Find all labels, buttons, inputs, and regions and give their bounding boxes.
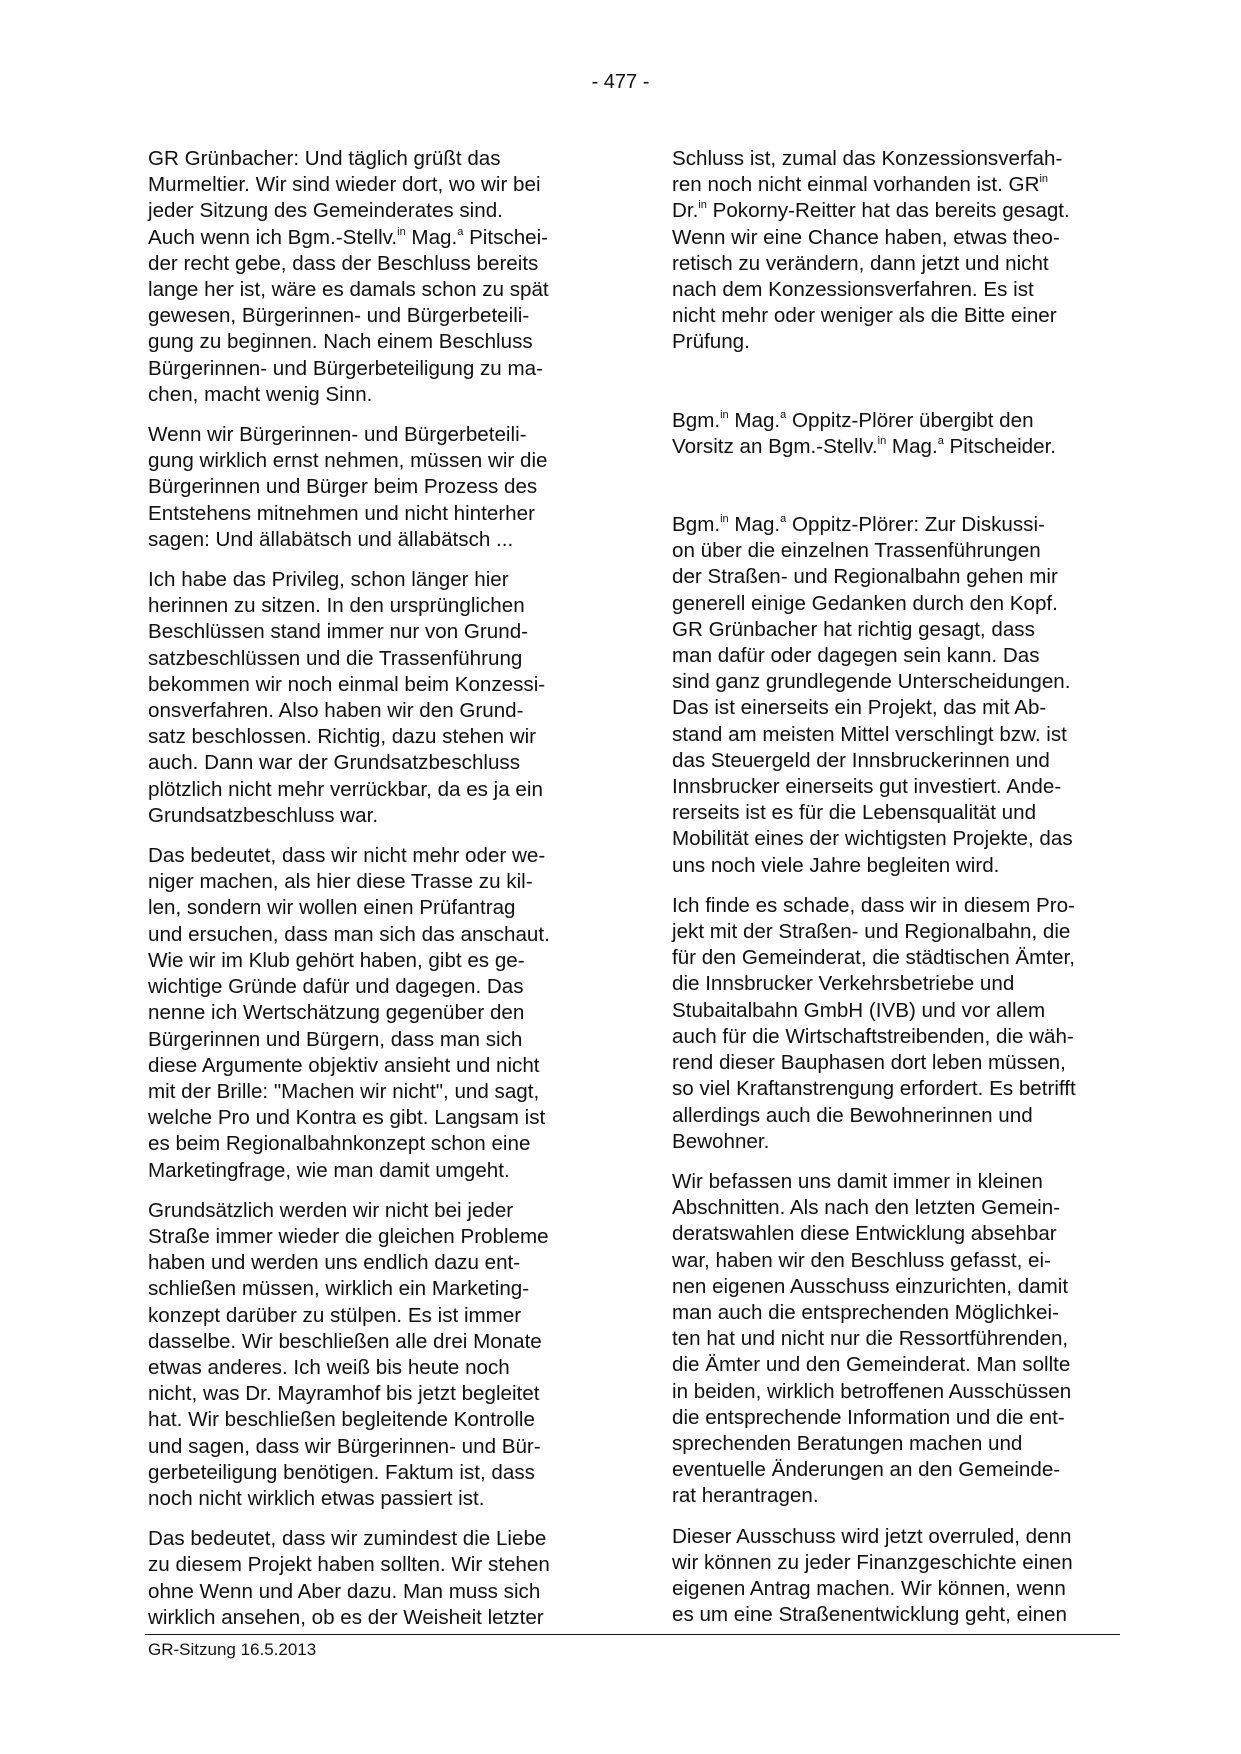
- right-column: Schluss ist, zumal das Konzessionsverfah…: [672, 146, 1118, 1642]
- superscript: in: [397, 226, 406, 238]
- text-line: satzbeschlüssen und die Trassenführung: [148, 646, 594, 672]
- paragraph: Das bedeutet, dass wir zumindest die Lie…: [148, 1526, 594, 1631]
- text-line: wir können zu jeder Finanzgeschichte ein…: [672, 1550, 1118, 1576]
- text-line: schließen müssen, wirklich ein Marketing…: [148, 1276, 594, 1302]
- text-line: Schluss ist, zumal das Konzessionsverfah…: [672, 146, 1118, 172]
- paragraph: Wir befassen uns damit immer in kleinenA…: [672, 1169, 1118, 1510]
- text-line: es um eine Straßenentwicklung geht, eine…: [672, 1602, 1118, 1628]
- text-line: GR Grünbacher: Und täglich grüßt das: [148, 146, 594, 172]
- superscript: a: [938, 435, 944, 447]
- text-line: gewesen, Bürgerinnen- und Bürgerbeteili-: [148, 303, 594, 329]
- text-line: der Straßen- und Regionalbahn gehen mir: [672, 564, 1118, 590]
- text-line: in beiden, wirklich betroffenen Ausschüs…: [672, 1379, 1118, 1405]
- footer-rule: [145, 1634, 1120, 1635]
- text-line: Entstehens mitnehmen und nicht hinterher: [148, 501, 594, 527]
- text-line: rend dieser Bauphasen dort leben müssen,: [672, 1050, 1118, 1076]
- text-line: wirklich ansehen, ob es der Weisheit let…: [148, 1605, 594, 1631]
- text-line: Das bedeutet, dass wir zumindest die Lie…: [148, 1526, 594, 1552]
- text-line: eventuelle Änderungen an den Gemeinde-: [672, 1457, 1118, 1483]
- text-line: ten hat und nicht nur die Ressortführend…: [672, 1326, 1118, 1352]
- text-line: satz beschlossen. Richtig, dazu stehen w…: [148, 724, 594, 750]
- text-line: rerseits ist es für die Lebensqualität u…: [672, 800, 1118, 826]
- text-line: gung wirklich ernst nehmen, müssen wir d…: [148, 448, 594, 474]
- text-line: Prüfung.: [672, 329, 1118, 355]
- text-line: sind ganz grundlegende Unterscheidungen.: [672, 669, 1118, 695]
- superscript: in: [878, 435, 887, 447]
- text-line: zu diesem Projekt haben sollten. Wir ste…: [148, 1552, 594, 1578]
- paragraph: Bgm.in Mag.a Oppitz-Plörer übergibt denV…: [672, 408, 1118, 460]
- text-line: war, haben wir den Beschluss gefasst, ei…: [672, 1248, 1118, 1274]
- paragraph: GR Grünbacher: Und täglich grüßt dasMurm…: [148, 146, 594, 408]
- text-line: allerdings auch die Bewohnerinnen und: [672, 1103, 1118, 1129]
- text-line: plötzlich nicht mehr verrückbar, da es j…: [148, 777, 594, 803]
- paragraph: Dieser Ausschuss wird jetzt overruled, d…: [672, 1524, 1118, 1629]
- left-column: GR Grünbacher: Und täglich grüßt dasMurm…: [148, 146, 594, 1645]
- text-line: diese Argumente objektiv ansieht und nic…: [148, 1053, 594, 1079]
- text-line: dasselbe. Wir beschließen alle drei Mona…: [148, 1329, 594, 1355]
- text-line: Wie wir im Klub gehört haben, gibt es ge…: [148, 948, 594, 974]
- text-line: die Ämter und den Gemeinderat. Man sollt…: [672, 1352, 1118, 1378]
- text-line: Mobilität eines der wichtigsten Projekte…: [672, 826, 1118, 852]
- text-line: chen, macht wenig Sinn.: [148, 382, 594, 408]
- superscript: in: [1039, 173, 1048, 185]
- superscript: a: [780, 409, 786, 421]
- text-line: konzept darüber zu stülpen. Es ist immer: [148, 1303, 594, 1329]
- text-line: die entsprechende Information und die en…: [672, 1405, 1118, 1431]
- text-line: Bewohner.: [672, 1129, 1118, 1155]
- text-line: wichtige Gründe dafür und dagegen. Das: [148, 974, 594, 1000]
- text-line: Grundsätzlich werden wir nicht bei jeder: [148, 1198, 594, 1224]
- text-line: Ich finde es schade, dass wir in diesem …: [672, 893, 1118, 919]
- text-line: Bgm.in Mag.a Oppitz-Plörer: Zur Diskussi…: [672, 512, 1118, 538]
- text-line: hat. Wir beschließen begleitende Kontrol…: [148, 1407, 594, 1433]
- text-line: niger machen, als hier diese Trasse zu k…: [148, 869, 594, 895]
- text-line: Das ist einerseits ein Projekt, das mit …: [672, 695, 1118, 721]
- text-line: Straße immer wieder die gleichen Problem…: [148, 1224, 594, 1250]
- text-line: on über die einzelnen Trassenführungen: [672, 538, 1118, 564]
- text-line: Bürgerinnen- und Bürgerbeteiligung zu ma…: [148, 356, 594, 382]
- text-line: etwas anderes. Ich weiß bis heute noch: [148, 1355, 594, 1381]
- paragraph: Wenn wir Bürgerinnen- und Bürgerbeteili-…: [148, 422, 594, 553]
- paragraph: Schluss ist, zumal das Konzessionsverfah…: [672, 146, 1118, 356]
- text-line: ren noch nicht einmal vorhanden ist. GRi…: [672, 172, 1118, 198]
- text-line: und ersuchen, dass man sich das anschaut…: [148, 922, 594, 948]
- footer-session-date: GR-Sitzung 16.5.2013: [148, 1640, 316, 1660]
- text-line: gerbeteiligung benötigen. Faktum ist, da…: [148, 1460, 594, 1486]
- text-line: nicht mehr oder weniger als die Bitte ei…: [672, 303, 1118, 329]
- paragraph: Ich habe das Privileg, schon länger hier…: [148, 567, 594, 829]
- text-line: Grundsatzbeschluss war.: [148, 803, 594, 829]
- text-line: man dafür oder dagegen sein kann. Das: [672, 643, 1118, 669]
- text-line: nach dem Konzessionsverfahren. Es ist: [672, 277, 1118, 303]
- text-line: Stubaitalbahn GmbH (IVB) und vor allem: [672, 998, 1118, 1024]
- text-line: Dieser Ausschuss wird jetzt overruled, d…: [672, 1524, 1118, 1550]
- text-line: man auch die entsprechenden Möglichkei-: [672, 1300, 1118, 1326]
- text-line: stand am meisten Mittel verschlingt bzw.…: [672, 722, 1118, 748]
- text-line: Abschnitten. Als nach den letzten Gemein…: [672, 1195, 1118, 1221]
- text-line: die Innsbrucker Verkehrsbetriebe und: [672, 971, 1118, 997]
- text-line: Das bedeutet, dass wir nicht mehr oder w…: [148, 843, 594, 869]
- text-line: jekt mit der Straßen- und Regionalbahn, …: [672, 919, 1118, 945]
- text-line: Ich habe das Privileg, schon länger hier: [148, 567, 594, 593]
- superscript: in: [720, 409, 729, 421]
- text-line: Wenn wir Bürgerinnen- und Bürgerbeteili-: [148, 422, 594, 448]
- text-line: mit der Brille: "Machen wir nicht", und …: [148, 1079, 594, 1105]
- text-line: Innsbrucker einerseits gut investiert. A…: [672, 774, 1118, 800]
- superscript: a: [457, 226, 463, 238]
- text-line: der recht gebe, dass der Beschluss berei…: [148, 251, 594, 277]
- text-line: nen eigenen Ausschuss einzurichten, dami…: [672, 1274, 1118, 1300]
- text-line: es beim Regionalbahnkonzept schon eine: [148, 1131, 594, 1157]
- superscript: in: [720, 513, 729, 525]
- text-line: uns noch viele Jahre begleiten wird.: [672, 853, 1118, 879]
- paragraph: Das bedeutet, dass wir nicht mehr oder w…: [148, 843, 594, 1184]
- text-line: jeder Sitzung des Gemeinderates sind.: [148, 198, 594, 224]
- text-line: Vorsitz an Bgm.-Stellv.in Mag.a Pitschei…: [672, 434, 1118, 460]
- text-line: sprechenden Beratungen machen und: [672, 1431, 1118, 1457]
- text-line: so viel Kraftanstrengung erfordert. Es b…: [672, 1076, 1118, 1102]
- text-line: sagen: Und ällabätsch und ällabätsch ...: [148, 527, 594, 553]
- text-line: eigenen Antrag machen. Wir können, wenn: [672, 1576, 1118, 1602]
- text-line: gung zu beginnen. Nach einem Beschluss: [148, 329, 594, 355]
- text-line: Bürgerinnen und Bürgern, dass man sich: [148, 1027, 594, 1053]
- text-line: haben und werden uns endlich dazu ent-: [148, 1250, 594, 1276]
- text-line: noch nicht wirklich etwas passiert ist.: [148, 1486, 594, 1512]
- text-line: Marketingfrage, wie man damit umgeht.: [148, 1158, 594, 1184]
- text-line: len, sondern wir wollen einen Prüfantrag: [148, 895, 594, 921]
- text-line: bekommen wir noch einmal beim Konzessi-: [148, 672, 594, 698]
- paragraph: Grundsätzlich werden wir nicht bei jeder…: [148, 1198, 594, 1512]
- text-line: Bürgerinnen und Bürger beim Prozess des: [148, 474, 594, 500]
- text-line: generell einige Gedanken durch den Kopf.: [672, 591, 1118, 617]
- text-line: Beschlüssen stand immer nur von Grund-: [148, 619, 594, 645]
- text-line: herinnen zu sitzen. In den ursprüngliche…: [148, 593, 594, 619]
- text-line: Wir befassen uns damit immer in kleinen: [672, 1169, 1118, 1195]
- text-line: retisch zu verändern, dann jetzt und nic…: [672, 251, 1118, 277]
- text-line: und sagen, dass wir Bürgerinnen- und Bür…: [148, 1434, 594, 1460]
- text-line: auch für die Wirtschaftstreibenden, die …: [672, 1024, 1118, 1050]
- text-line: ohne Wenn und Aber dazu. Man muss sich: [148, 1579, 594, 1605]
- text-line: Murmeltier. Wir sind wieder dort, wo wir…: [148, 172, 594, 198]
- text-line: Bgm.in Mag.a Oppitz-Plörer übergibt den: [672, 408, 1118, 434]
- text-line: welche Pro und Kontra es gibt. Langsam i…: [148, 1105, 594, 1131]
- text-line: das Steuergeld der Innsbruckerinnen und: [672, 748, 1118, 774]
- section-gap: [672, 370, 1118, 408]
- text-line: deratswahlen diese Entwicklung absehbar: [672, 1221, 1118, 1247]
- text-line: rat herantragen.: [672, 1483, 1118, 1509]
- text-line: auch. Dann war der Grundsatzbeschluss: [148, 750, 594, 776]
- text-line: onsverfahren. Also haben wir den Grund-: [148, 698, 594, 724]
- superscript: in: [698, 199, 707, 211]
- paragraph: Ich finde es schade, dass wir in diesem …: [672, 893, 1118, 1155]
- text-line: für den Gemeinderat, die städtischen Ämt…: [672, 945, 1118, 971]
- page-number: - 477 -: [0, 70, 1241, 94]
- text-line: Auch wenn ich Bgm.-Stellv.in Mag.a Pitsc…: [148, 225, 594, 251]
- text-line: Dr.in Pokorny-Reitter hat das bereits ge…: [672, 198, 1118, 224]
- superscript: a: [780, 513, 786, 525]
- text-line: Wenn wir eine Chance haben, etwas theo-: [672, 225, 1118, 251]
- text-line: lange her ist, wäre es damals schon zu s…: [148, 277, 594, 303]
- text-line: nenne ich Wertschätzung gegenüber den: [148, 1000, 594, 1026]
- text-line: nicht, was Dr. Mayramhof bis jetzt begle…: [148, 1381, 594, 1407]
- paragraph: Bgm.in Mag.a Oppitz-Plörer: Zur Diskussi…: [672, 512, 1118, 879]
- section-gap: [672, 474, 1118, 512]
- text-line: GR Grünbacher hat richtig gesagt, dass: [672, 617, 1118, 643]
